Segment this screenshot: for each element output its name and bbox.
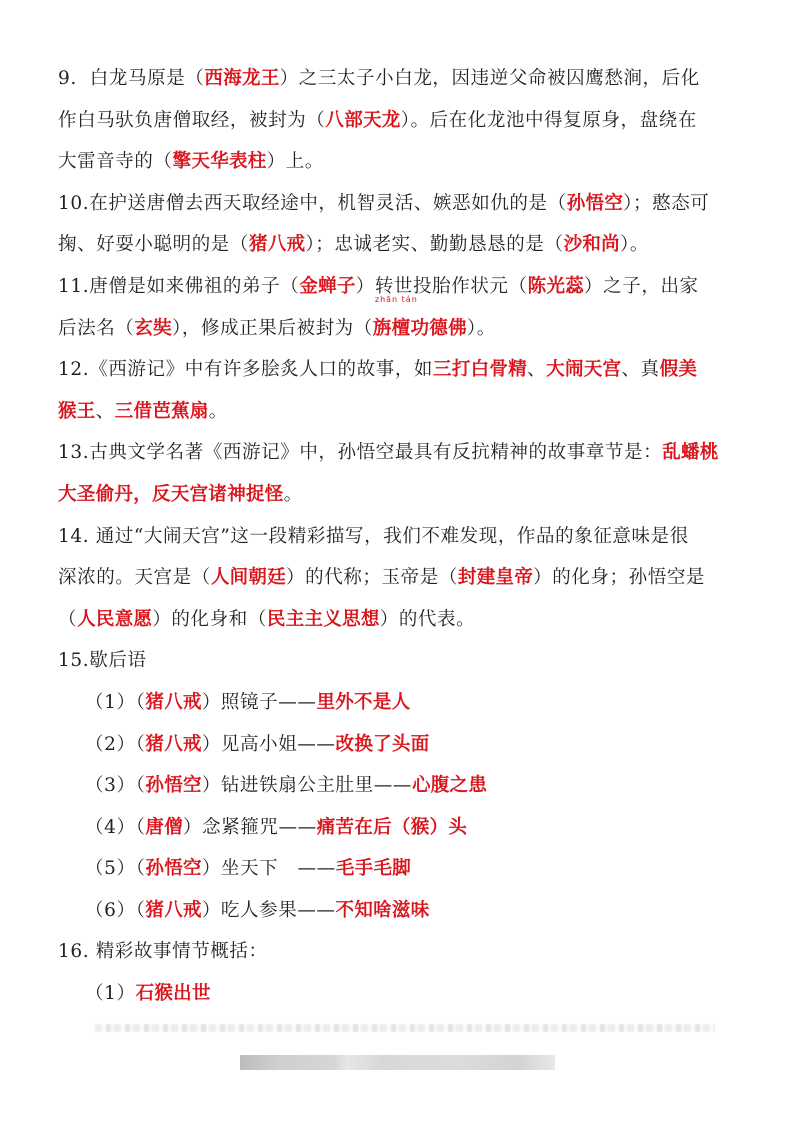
answer-highlight: 猪八戒 — [145, 900, 201, 921]
item-number: （3）（ — [85, 775, 145, 796]
q14-line-1: 14. 通过“大闹天宫”这一段精彩描写，我们不难发现，作品的象征意味是很 — [58, 516, 738, 558]
text: 后法名（ — [58, 318, 134, 339]
q14-line-2: 深浓的。天宫是（人间朝廷）的代称；玉帝是（封建皇帝）的化身；孙悟空是 — [58, 557, 738, 599]
item-number: （5）（ — [85, 858, 145, 879]
text: ）的代表。 — [380, 609, 476, 630]
item-number: （4）（ — [85, 817, 145, 838]
answer-highlight: 功德佛 — [410, 318, 466, 339]
answer-highlight: 猪八戒 — [145, 692, 201, 713]
item-number: （1）（ — [85, 692, 145, 713]
text: 、 — [96, 401, 115, 422]
q11-line-2: 后法名（玄奘），修成正果后被封为（zhān tán旃檀功德佛）。 — [58, 308, 738, 350]
pinyin-annotation: zhān tán — [375, 296, 418, 304]
text: ）的代称；玉帝是（ — [286, 567, 458, 588]
q12-line-2: 猴王、三借芭蕉扇。 — [58, 391, 738, 433]
answer-highlight: 擎天华表柱 — [173, 151, 267, 172]
answer-highlight: 沙和尚 — [564, 234, 620, 255]
text: 掬、好耍小聪明的是（ — [58, 234, 249, 255]
document-page: 9. 白龙马原是（西海龙王）之三太子小白龙，因违逆父命被囚鹰愁涧，后化 作白马驮… — [58, 58, 738, 1015]
text: 作白马驮负唐僧取经，被封为（ — [58, 110, 325, 131]
text: 。 — [209, 401, 228, 422]
q9-line-1: 9. 白龙马原是（西海龙王）之三太子小白龙，因违逆父命被囚鹰愁涧，后化 — [58, 58, 738, 100]
text: ）之三太子小白龙，因违逆父命被囚鹰愁涧，后化 — [280, 68, 700, 89]
answer-highlight: 毛手毛脚 — [336, 858, 411, 879]
text: ）之子，出家 — [584, 276, 699, 297]
xiehouyu-item: （3）（孙悟空）钻进铁扇公主肚里——心腹之患 — [58, 765, 738, 807]
answer-highlight: 孙悟空 — [145, 858, 201, 879]
answer-highlight: 民主主义思想 — [267, 609, 380, 630]
text: ）吃人参果—— — [202, 900, 336, 921]
text: ）钻进铁扇公主肚里—— — [202, 775, 412, 796]
answer-highlight: 不知啥滋味 — [336, 900, 430, 921]
text: ）转世投胎作状元（ — [356, 276, 528, 297]
xiehouyu-item: （6）（猪八戒）吃人参果——不知啥滋味 — [58, 890, 738, 932]
answer-highlight: 心腹之患 — [412, 775, 487, 796]
answer-highlight: 猴王 — [58, 401, 96, 422]
answer-highlight: 人民意愿 — [77, 609, 152, 630]
text: ）；忠诚老实、勤勤恳恳的是（ — [305, 234, 563, 255]
text: ）坐天下 —— — [202, 858, 336, 879]
q16-subsection-1: （1）石猴出世 — [58, 973, 738, 1015]
answer-highlight: 人间朝廷 — [211, 567, 286, 588]
text: 、真 — [621, 359, 659, 380]
answer-highlight: 大闹天宫 — [546, 359, 621, 380]
text: ），修成正果后被封为（ — [172, 318, 373, 339]
answer-highlight: 玄奘 — [134, 318, 172, 339]
text: 10.在护送唐僧去西天取经途中，机智灵活、嫉恶如仇的是（ — [58, 193, 567, 214]
answer-highlight: 西海龙王 — [204, 68, 279, 89]
answer-highlight: 改换了头面 — [336, 734, 430, 755]
text: 13.古典文学名著《西游记》中，孙悟空最具有反抗精神的故事章节是： — [58, 442, 662, 463]
xiehouyu-item: （4）（唐僧）念紧箍咒——痛苦在后（猴）头 — [58, 807, 738, 849]
q13-line-1: 13.古典文学名著《西游记》中，孙悟空最具有反抗精神的故事章节是：乱蟠桃 — [58, 432, 738, 474]
item-number: （6）（ — [85, 900, 145, 921]
text: 12.《西游记》中有许多脍炙人口的故事，如 — [58, 359, 433, 380]
text: 大雷音寺的（ — [58, 151, 173, 172]
answer-highlight: 金蝉子 — [299, 276, 355, 297]
text: （ — [58, 609, 77, 630]
answer-highlight: 陈光蕊 — [528, 276, 584, 297]
xiehouyu-item: （5）（孙悟空）坐天下 ——毛手毛脚 — [58, 848, 738, 890]
redaction-bar — [240, 1055, 555, 1070]
answer-highlight: 猪八戒 — [145, 734, 201, 755]
answer-highlight: 三打白骨精 — [433, 359, 527, 380]
xiehouyu-item: （2）（猪八戒）见高小姐——改换了头面 — [58, 724, 738, 766]
q13-line-2: 大圣偷丹，反天宫诸神捉怪。 — [58, 474, 738, 516]
blurred-text-line — [95, 1024, 715, 1032]
text: ）的化身和（ — [152, 609, 267, 630]
q14-line-3: （人民意愿）的化身和（民主主义思想）的代表。 — [58, 599, 738, 641]
q10-line-1: 10.在护送唐僧去西天取经途中，机智灵活、嫉恶如仇的是（孙悟空）；憨态可 — [58, 183, 738, 225]
q16-title: 16. 精彩故事情节概括： — [58, 931, 738, 973]
text: ）见高小姐—— — [202, 734, 336, 755]
q15-title: 15.歇后语 — [58, 640, 738, 682]
q9-line-3: 大雷音寺的（擎天华表柱）上。 — [58, 141, 738, 183]
answer-highlight: 里外不是人 — [316, 692, 410, 713]
text: 、 — [527, 359, 546, 380]
answer-highlight-with-pinyin: zhān tán旃檀 — [373, 308, 411, 350]
answer-highlight: 乱蟠桃 — [662, 442, 718, 463]
text: 14. 通过“大闹天宫”这一段精彩描写，我们不难发现，作品的象征意味是很 — [58, 526, 689, 547]
answer-highlight: 大圣偷丹，反天宫诸神捉怪 — [58, 484, 284, 505]
xiehouyu-item: （1）（猪八戒）照镜子——里外不是人 — [58, 682, 738, 724]
answer-highlight: 痛苦在后（猴）头 — [317, 817, 467, 838]
text: ）念紧箍咒—— — [183, 817, 317, 838]
answer-highlight: 封建皇帝 — [458, 567, 533, 588]
ruby-base: 旃檀 — [373, 318, 411, 339]
answer-highlight: 三借芭蕉扇 — [115, 401, 209, 422]
text: ）。后在化龙池中得复原身，盘绕在 — [401, 110, 697, 131]
text: ）；憨态可 — [623, 193, 709, 214]
answer-highlight: 孙悟空 — [567, 193, 623, 214]
text: 9. 白龙马原是（ — [58, 68, 204, 89]
answer-highlight: 猪八戒 — [249, 234, 305, 255]
text: ）。 — [620, 234, 649, 255]
text: 。 — [284, 484, 303, 505]
answer-highlight: 唐僧 — [145, 817, 183, 838]
text: ）。 — [467, 318, 496, 339]
q9-line-2: 作白马驮负唐僧取经，被封为（八部天龙）。后在化龙池中得复原身，盘绕在 — [58, 100, 738, 142]
subsection-title: 石猴出世 — [136, 983, 211, 1004]
item-number: （2）（ — [85, 734, 145, 755]
text: 深浓的。天宫是（ — [58, 567, 211, 588]
text: ）上。 — [267, 151, 324, 172]
q10-line-2: 掬、好耍小聪明的是（猪八戒）；忠诚老实、勤勤恳恳的是（沙和尚）。 — [58, 224, 738, 266]
q12-line-1: 12.《西游记》中有许多脍炙人口的故事，如三打白骨精、大闹天宫、真假美 — [58, 349, 738, 391]
text: 11.唐僧是如来佛祖的弟子（ — [58, 276, 299, 297]
item-number: （1） — [85, 983, 136, 1004]
text: ）照镜子—— — [202, 692, 317, 713]
text: ）的化身；孙悟空是 — [533, 567, 705, 588]
answer-highlight: 孙悟空 — [145, 775, 201, 796]
answer-highlight: 八部天龙 — [325, 110, 400, 131]
answer-highlight: 假美 — [660, 359, 698, 380]
